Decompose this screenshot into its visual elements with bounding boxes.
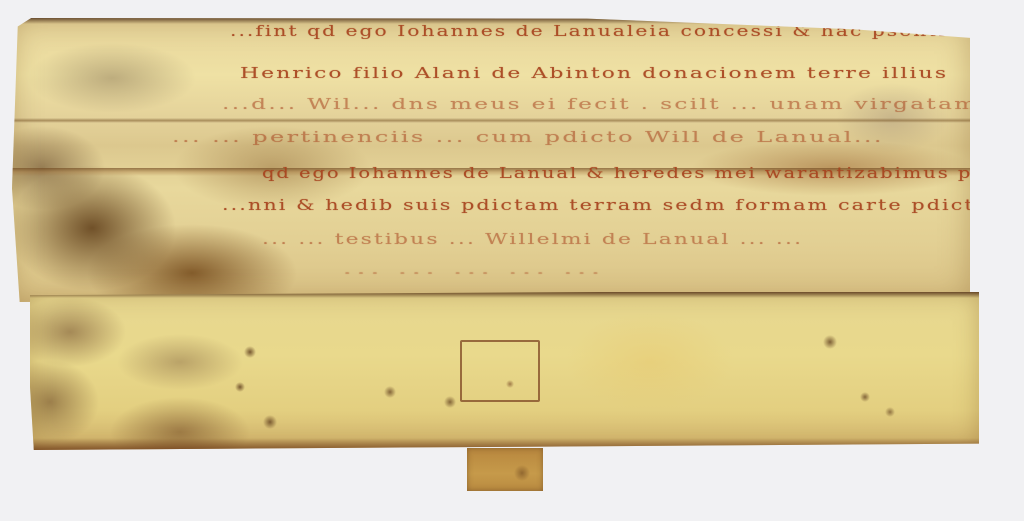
fold-crease: [12, 118, 970, 123]
text-line-2: Henrico filio Alani de Abinton donacione…: [240, 64, 948, 82]
charter-photograph: ...fint qd ego Iohannes de Lanualeia con…: [0, 0, 1024, 521]
text-line-1: ...fint qd ego Iohannes de Lanualeia con…: [230, 22, 1019, 40]
text-line-5: qd ego Iohannes de Lanual & heredes mei …: [262, 164, 1024, 182]
seal-imprint: [460, 340, 540, 402]
text-line-4: ... ... pertinenciis ... cum pdicto Will…: [172, 128, 884, 146]
text-line-7: ... ... testibus ... Willelmi de Lanual …: [262, 230, 803, 248]
text-line-8: ... ... ... ... ...: [342, 260, 604, 278]
seal-tag: [467, 448, 543, 491]
text-line-6: ...nni & hedib suis pdictam terram sedm …: [222, 196, 1024, 214]
text-line-3: ...d... Wil... dns meus ei fecit . scilt…: [222, 95, 979, 113]
parchment-upper-fold: ...fint qd ego Iohannes de Lanualeia con…: [12, 18, 970, 302]
